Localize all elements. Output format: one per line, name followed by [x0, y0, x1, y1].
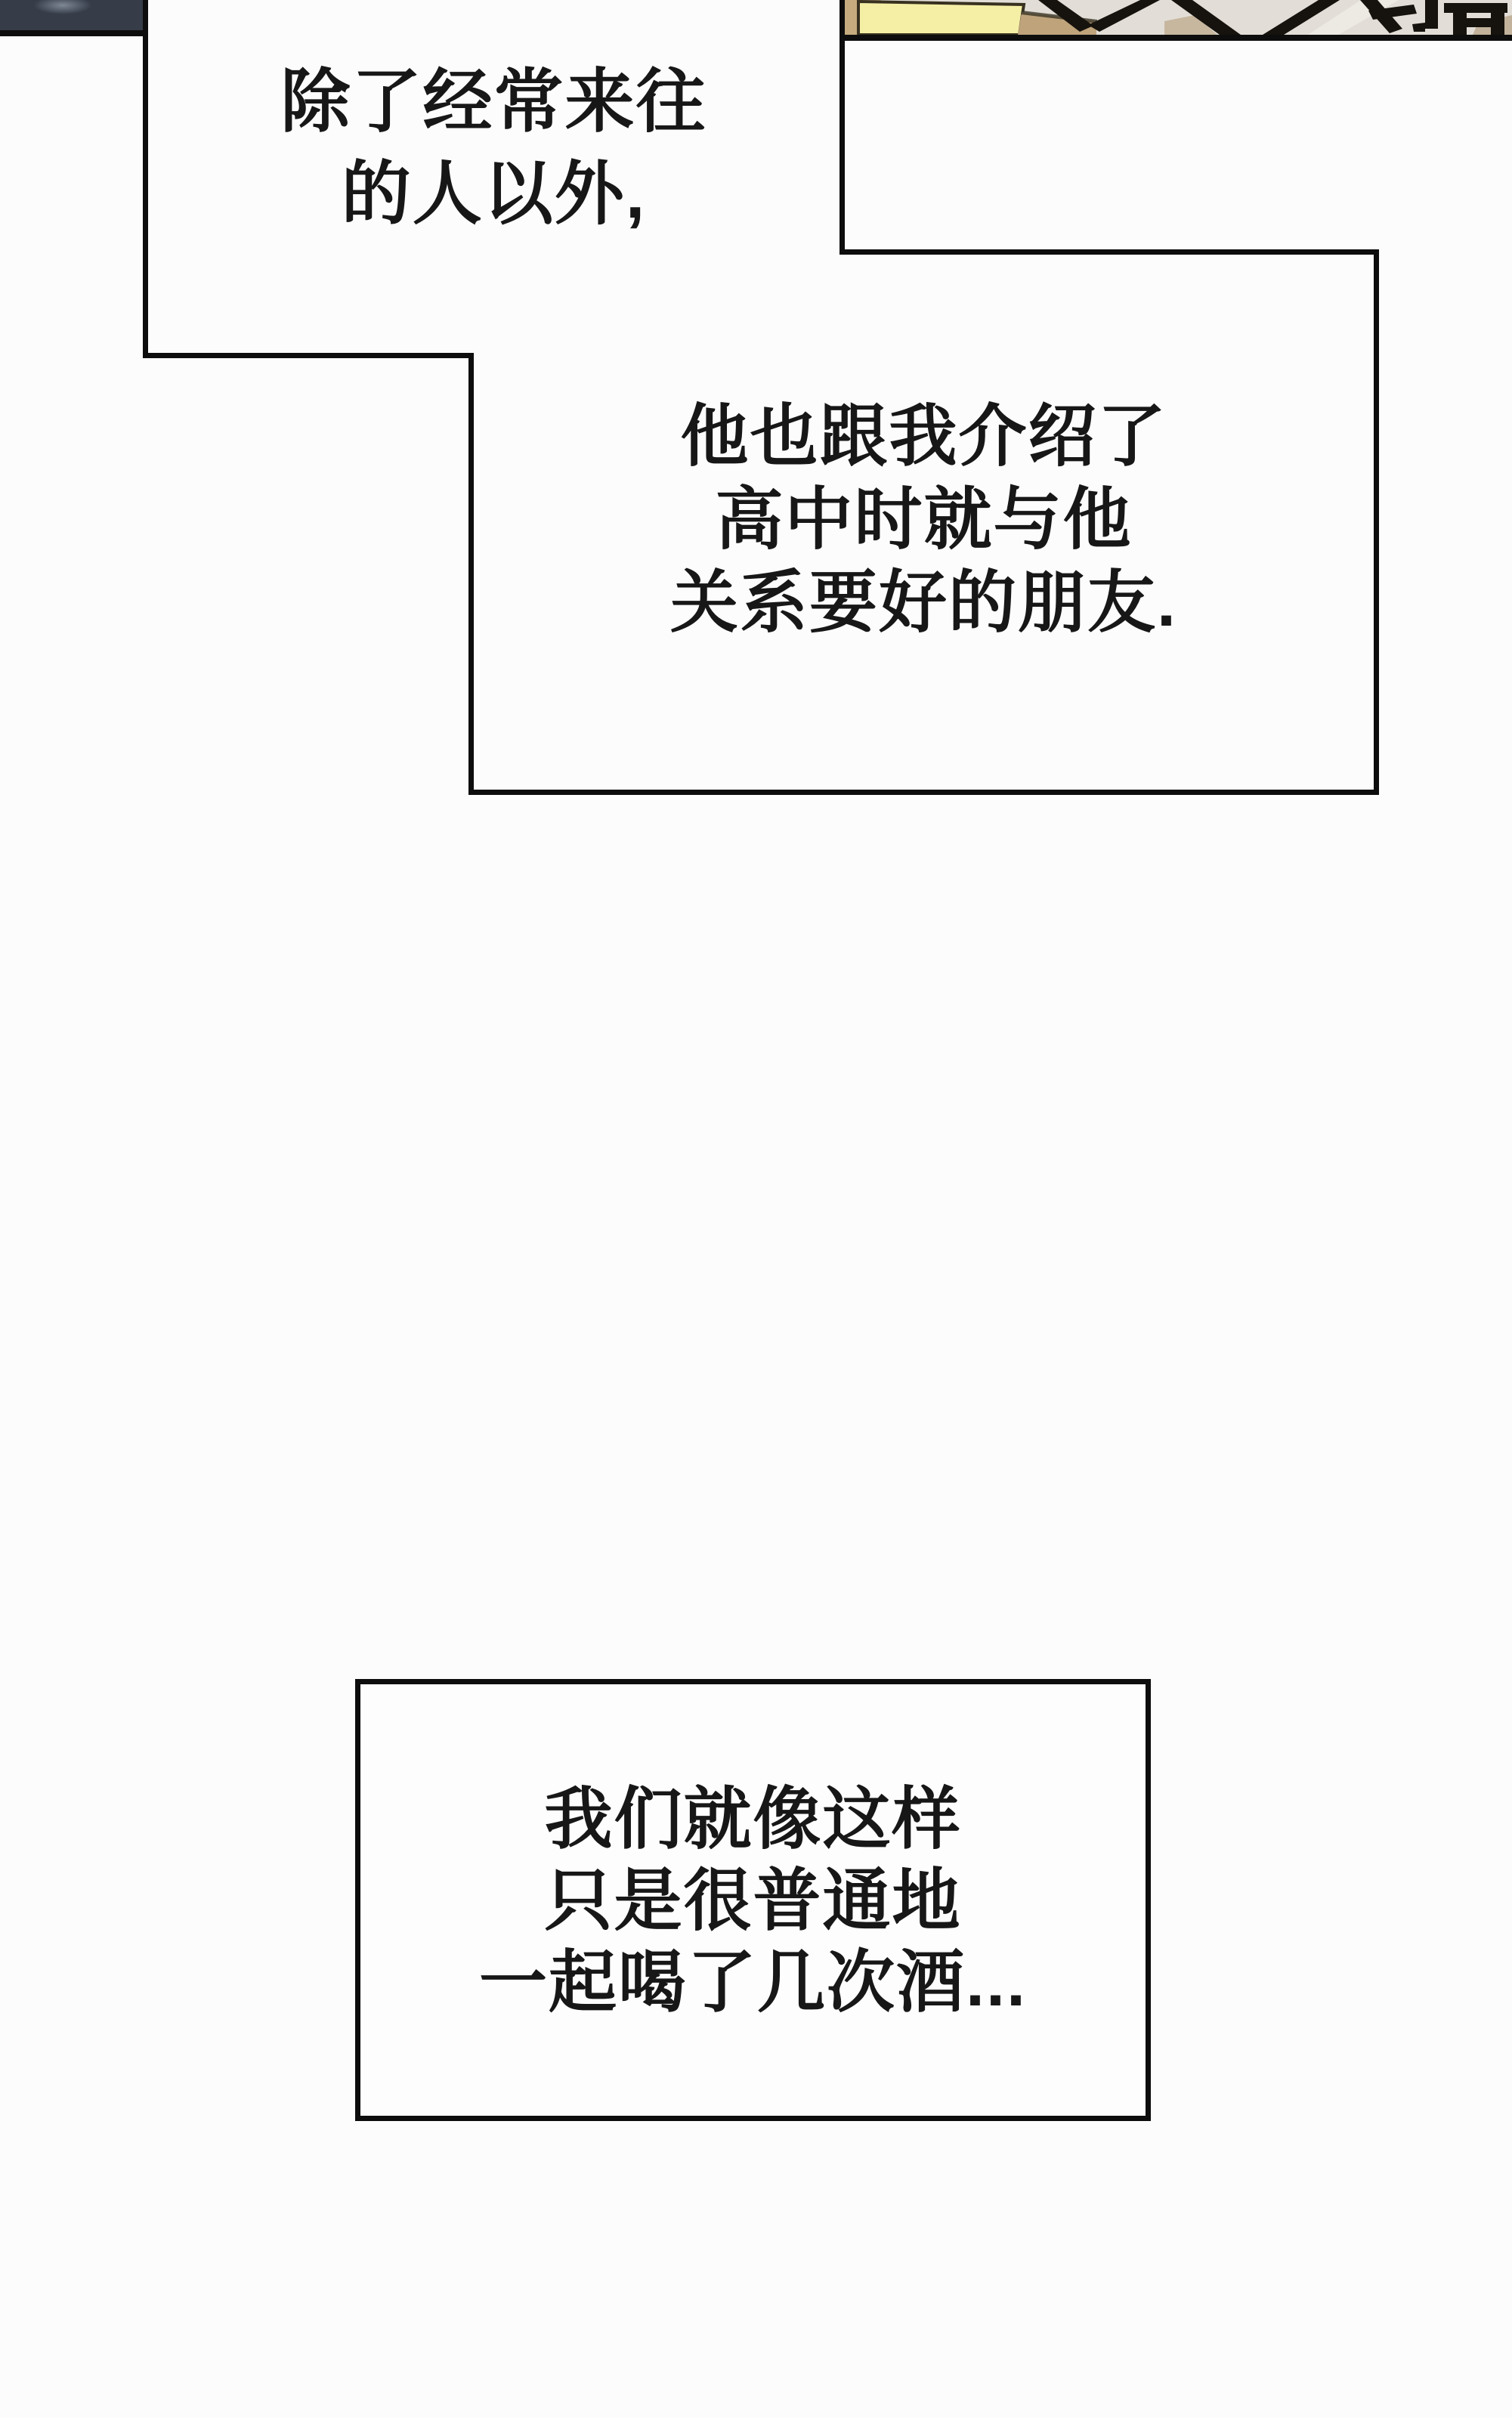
panel-border-vertical-1	[143, 0, 148, 358]
narration-1-line-2: 的人以外,	[148, 148, 839, 240]
comic-page: 除了经常来往 的人以外, 他也跟我介绍了 高中时就与他 关系要好的朋友. 我们就…	[0, 0, 1512, 2418]
panel-border-horizontal-3	[839, 249, 1379, 255]
panel-border-horizontal-1	[143, 353, 474, 358]
narration-3-line-2: 只是很普通地	[360, 1860, 1146, 1942]
narration-box-2: 他也跟我介绍了 高中时就与他 关系要好的朋友.	[474, 395, 1374, 645]
narration-2-line-2: 高中时就与他	[474, 478, 1374, 561]
strip-bottom-border	[839, 35, 1512, 41]
narration-2-line-3: 关系要好的朋友.	[474, 561, 1374, 645]
narration-3-line-3: 一起喝了几次酒...	[360, 1942, 1146, 2024]
narration-box-3: 我们就像这样 只是很普通地 一起喝了几次酒...	[355, 1679, 1151, 2121]
narration-3-line-1: 我们就像这样	[360, 1779, 1146, 1860]
narration-box-1: 除了经常来往 的人以外,	[148, 56, 839, 240]
panel-border-vertical-2	[468, 353, 474, 795]
narration-1-line-1: 除了经常来往	[148, 56, 839, 148]
panel-border-vertical-3	[1374, 249, 1379, 795]
strip-brush-strokes	[1038, 0, 1507, 35]
panel-fragment-top-left	[0, 0, 143, 36]
narration-3-text: 我们就像这样 只是很普通地 一起喝了几次酒...	[360, 1779, 1146, 2024]
fragment-highlight	[21, 0, 104, 18]
strip-art-svg	[845, 0, 1512, 35]
panel-border-horizontal-2	[468, 790, 1379, 795]
narration-2-line-1: 他也跟我介绍了	[474, 395, 1374, 478]
panel-fragment-top-right	[845, 0, 1512, 35]
